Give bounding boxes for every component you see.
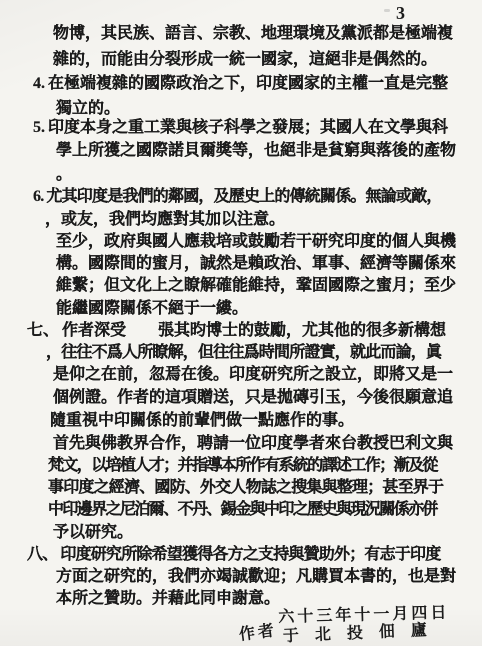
line-text: ，或友，我們均應對其加以注意。	[45, 211, 285, 228]
line-text: 是仰之在前，忽焉在後。印度研究所之設立，即將又是一	[53, 366, 453, 383]
item-number: 4.	[33, 74, 45, 93]
line-text: 維繫；但文化上之瞭解確能維持，鞏固國際之蜜月；至少	[56, 277, 456, 294]
line-text: 。	[56, 166, 72, 183]
text-line: 雜的，而能由分裂形成一統一國家，這絕非是偶然的。	[53, 50, 437, 69]
text-line: 隨重視中印關係的前輩們做一點應作的事。	[50, 411, 354, 430]
line-text: 首先與佛教界合作，聘請一位印度學者來台教授巴利文與	[53, 435, 453, 452]
line-text: 學上所獲之國際諾貝爾獎等，也絕非是貧窮與落後的產物	[56, 142, 456, 159]
text-line: 4.在極端複雜的國際政治之下，印度國家的主權一直是完整	[33, 74, 448, 93]
text-line: 。	[56, 165, 72, 184]
text-line: ，往往不爲人所瞭解，但往往爲時間所證實，就此而論，眞	[46, 343, 441, 362]
text-line: 6.尤其印度是我們的鄰國，及歷史上的傳統關係。無論或敵，	[33, 187, 442, 206]
line-text: 事印度之經濟、國防、外交人物誌之搜集與整理；甚至界于	[48, 479, 443, 496]
text-line: ，或友，我們均應對其加以注意。	[45, 210, 285, 229]
item-number: 6.	[33, 187, 43, 206]
scan-smudge	[384, 9, 390, 12]
line-text: 在極端複雜的國際政治之下，印度國家的主權一直是完整	[48, 75, 448, 92]
text-line: 構。國際間的蜜月，誠然是賴政治、軍事、經濟等關係來	[56, 254, 456, 273]
text-line: 八、印度研究所除希望獲得各方之支持與贊助外；有志于印度	[27, 545, 440, 564]
text-line: 予以研究。	[53, 523, 133, 542]
line-text: 本所之贊助。并藉此同申謝意。	[56, 590, 280, 607]
line-text: 能繼國際關係不絕于一縷。	[56, 300, 248, 317]
line-text: 印度研究所除希望獲得各方之支持與贊助外；有志于印度	[60, 546, 440, 563]
line-text: 至少，政府與國人應栽培或鼓勵若干研究印度的個人與機	[56, 233, 456, 250]
scan-speck	[420, 572, 422, 574]
text-line: 至少，政府與國人應栽培或鼓勵若干研究印度的個人與機	[56, 232, 456, 251]
line-text: 印度本身之重工業與核子科學之發展；其國人在文學與科	[48, 119, 448, 136]
text-line: 維繫；但文化上之瞭解確能維持，鞏固國際之蜜月；至少	[56, 276, 456, 295]
line-text: 尤其印度是我們的鄰國，及歷史上的傳統關係。無論或敵，	[46, 188, 441, 205]
page-number: 3	[396, 3, 406, 24]
text-line: 能繼國際關係不絕于一縷。	[56, 299, 248, 318]
line-text: 方面之研究的，我們亦竭誠歡迎；凡購買本書的，也是對	[56, 568, 456, 585]
line-text: 構。國際間的蜜月，誠然是賴政治、軍事、經濟等關係來	[56, 255, 456, 272]
line-text: 獨立的。	[56, 100, 120, 117]
line-text: 中印邊界之尼泊爾、不丹、錫金與中印之歷史與現況關係亦併	[48, 501, 437, 518]
line-text: 雜的，而能由分裂形成一統一國家，這絕非是偶然的。	[53, 51, 437, 68]
text-line: 5.印度本身之重工業與核子科學之發展；其國人在文學與科	[33, 118, 448, 137]
item-number: 5.	[33, 118, 45, 137]
scan-speck	[296, 414, 300, 418]
author-label: 作者	[237, 617, 278, 645]
text-line: 梵文，以培植人才；并指導本所作有系統的譯述工作；漸及從	[48, 456, 437, 475]
text-line: 學上所獲之國際諾貝爾獎等，也絕非是貧窮與落後的產物	[56, 141, 456, 160]
text-line: 七、作者深受 張其昀博士的鼓勵，尤其他的很多新構想	[27, 321, 446, 340]
text-line: 個例證。作者的這項贈送，只是拋磚引玉，今後很願意追	[53, 388, 453, 407]
text-line: 方面之研究的，我們亦竭誠歡迎；凡購買本書的，也是對	[56, 567, 456, 586]
document-page: 3 物博，其民族、語言、宗教、地理環境及黨派都是極端複 雜的，而能由分裂形成一統…	[0, 0, 482, 646]
text-line: 物博，其民族、語言、宗教、地理環境及黨派都是極端複	[53, 24, 453, 43]
text-line: 事印度之經濟、國防、外交人物誌之搜集與整理；甚至界于	[48, 478, 443, 497]
line-text: 予以研究。	[53, 524, 133, 541]
line-text: ，往往不爲人所瞭解，但往往爲時間所證實，就此而論，眞	[46, 344, 441, 361]
line-text: 作者深受 張其昀博士的鼓勵，尤其他的很多新構想	[62, 322, 446, 339]
line-text: 物博，其民族、語言、宗教、地理環境及黨派都是極端複	[53, 25, 453, 42]
text-line: 獨立的。	[56, 99, 120, 118]
text-line: 首先與佛教界合作，聘請一位印度學者來台教授巴利文與	[53, 434, 453, 453]
text-line: 中印邊界之尼泊爾、不丹、錫金與中印之歷史與現況關係亦併	[48, 500, 437, 519]
scan-speck	[104, 557, 106, 559]
line-text: 梵文，以培植人才；并指導本所作有系統的譯述工作；漸及從	[48, 457, 437, 474]
item-number: 八、	[27, 545, 57, 564]
text-line: 本所之贊助。并藉此同申謝意。	[56, 589, 280, 608]
item-number: 七、	[27, 321, 59, 340]
line-text: 個例證。作者的這項贈送，只是拋磚引玉，今後很願意追	[53, 389, 453, 406]
text-line: 是仰之在前，忽焉在後。印度研究所之設立，即將又是一	[53, 365, 453, 384]
line-text: 隨重視中印關係的前輩們做一點應作的事。	[50, 412, 354, 429]
